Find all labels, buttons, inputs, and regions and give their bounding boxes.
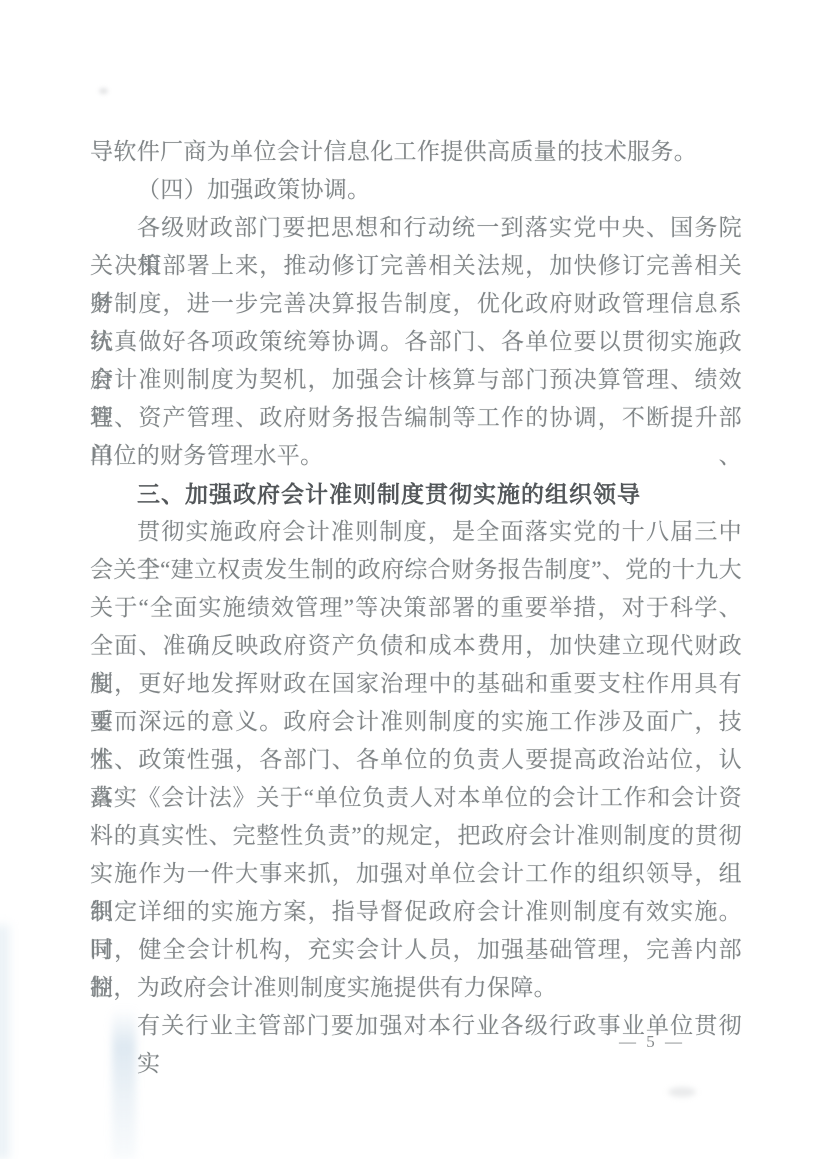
text-line: 制定详细的实施方案，指导督促政府会计准则制度有效实施。同 xyxy=(90,893,742,931)
text-line: 务制度，进一步完善决算报告制度，优化政府财政管理信息系统， xyxy=(90,285,742,323)
text-line: 关决策部署上来，推动修订完善相关法规，加快修订完善相关财 xyxy=(90,247,742,285)
text-line: 要而深远的意义。政府会计准则制度的实施工作涉及面广，技术 xyxy=(90,703,742,741)
document-page: 导软件厂商为单位会计信息化工作提供高质量的技术服务。（四）加强政策协调。各级财政… xyxy=(0,0,827,1159)
text-line: 制，为政府会计准则制度实施提供有力保障。 xyxy=(90,969,742,1007)
text-line: 全面、准确反映政府资产负债和成本费用，加快建立现代财政制 xyxy=(90,627,742,665)
text-line: 导软件厂商为单位会计信息化工作提供高质量的技术服务。 xyxy=(90,133,742,171)
text-line: 时，健全会计机构，充实会计人员，加强基础管理，完善内部控 xyxy=(90,931,742,969)
text-line: 理、资产管理、政府财务报告编制等工作的协调，不断提升部门、 xyxy=(90,399,742,437)
text-line: 实施作为一件大事来抓，加强对单位会计工作的组织领导，组织 xyxy=(90,855,742,893)
scan-artifact-smudge xyxy=(668,1087,696,1097)
scan-artifact-edge xyxy=(0,925,9,1159)
document-lines: 导软件厂商为单位会计信息化工作提供高质量的技术服务。（四）加强政策协调。各级财政… xyxy=(90,133,742,1045)
text-line: 会计准则制度为契机，加强会计核算与部门预决算管理、绩效管 xyxy=(90,361,742,399)
text-line: 贯彻实施政府会计准则制度，是全面落实党的十八届三中全 xyxy=(90,513,742,551)
text-line: 落实《会计法》关于“单位负责人对本单位的会计工作和会计资 xyxy=(90,779,742,817)
text-line: 性、政策性强，各部门、各单位的负责人要提高政治站位，认真 xyxy=(90,741,742,779)
text-line: 各级财政部门要把思想和行动统一到落实党中央、国务院相 xyxy=(90,209,742,247)
page-number: — 5 — xyxy=(619,1032,685,1052)
text-line: 认真做好各项政策统筹协调。各部门、各单位要以贯彻实施政府 xyxy=(90,323,742,361)
text-line: 会关于“建立权责发生制的政府综合财务报告制度”、党的十九大 xyxy=(90,551,742,589)
text-line: 关于“全面实施绩效管理”等决策部署的重要举措，对于科学、 xyxy=(90,589,742,627)
text-line: 度，更好地发挥财政在国家治理中的基础和重要支柱作用具有重 xyxy=(90,665,742,703)
text-line: 料的真实性、完整性负责”的规定，把政府会计准则制度的贯彻 xyxy=(90,817,742,855)
scan-artifact-dot xyxy=(99,88,108,94)
text-line: （四）加强政策协调。 xyxy=(90,171,742,209)
section-heading: 三、加强政府会计准则制度贯彻实施的组织领导 xyxy=(90,475,742,513)
